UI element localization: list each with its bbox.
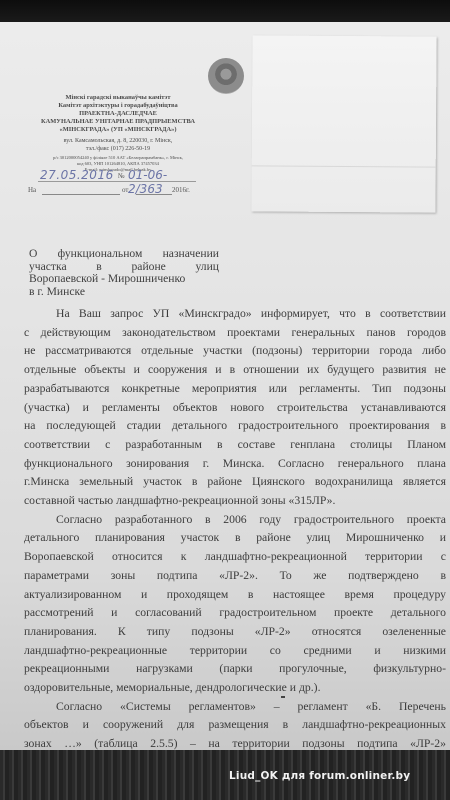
body-line: детального планирования участок в районе… [24,529,446,548]
body-line: отдельные объекты и сооружения и в отнош… [24,361,446,380]
letter-subject: О функциональном назначении участка в ра… [29,248,219,298]
letterhead-org-line: КАМУНАЛЬНАЕ УНІТАРНАЕ ПРАДПРЫЕМСТВА [28,118,208,126]
body-line: Воропаевской относится к ландшафтно-рекр… [24,548,446,567]
year-suffix: 2016г. [172,186,190,194]
body-line: (участка) и регламенты объектов нового с… [24,399,446,418]
letterhead-org-line: Камітэт архітэктуры і горадабудаўніцтва [28,102,208,110]
body-line: г.Минска земельный участок в районе Циян… [24,473,446,492]
na-label: На [28,186,36,194]
registration-date: 27.05.2016 [40,168,114,182]
body-line: параметрами зоны подтипа «ЛР-2». То же п… [24,567,446,586]
letterhead-phone: тэл./факс (017) 226-50-19 [28,145,208,153]
letterhead-org-line: ПРАЕКТНА-ДАСЛЕДЧАЕ [28,110,208,118]
letterhead-org-line: «МІНСКГРАДА» (УП «МІНСКГРАДА») [28,126,208,134]
body-line: разрабатываются конкретные мероприятия и… [24,380,446,399]
body-line: на последующей стадии детального градост… [24,417,446,436]
belarus-coat-of-arms-icon [208,58,244,94]
body-line: актуализированном и проходящем в настоящ… [24,586,446,605]
letterhead: Мінскі гарадскі выканаўчы камітэт Камітэ… [28,94,208,173]
blank-line [42,194,120,195]
body-line: функционального зонирования г. Минска. С… [24,455,446,474]
letter-body: На Ваш запрос УП «Минскградо» информируе… [24,305,446,754]
subject-line: Воропаевской - Мирошниченко [29,273,219,286]
letterhead-address: вул. Камсамольская, д. 8, 220030, г. Мін… [28,137,208,145]
sticky-note-fold [252,165,436,167]
body-line: ландшафтно-рекреационные территории со с… [24,642,446,661]
subject-line: О функциональном назначении [29,248,219,261]
body-line: объектов и сооружений для размещения в л… [24,716,446,735]
body-line: рекреационными нагрузками (парки прогуло… [24,660,446,679]
letterhead-org-line: Мінскі гарадскі выканаўчы камітэт [28,94,208,102]
body-line: рассмотрений и согласований градостроите… [24,604,446,623]
body-line: оздоровительные, мемориальные, дендролог… [24,679,446,698]
watermark: Liud_OK для forum.onliner.by [229,770,410,782]
body-line: Согласно «Системы регламентов» – регламе… [24,698,446,717]
body-line: соответствии с разработанным в составе г… [24,436,446,455]
blank-line [136,194,172,195]
sticky-note [251,35,436,212]
body-line: составной частью ландшафтно-рекреационно… [24,492,446,511]
registration-line: 27.05.2016 № 01-06-2/363 [38,168,198,184]
body-line: планирования. К типу подзоны «ЛР-2» отно… [24,623,446,642]
body-line: Согласно разработанного в 2006 году град… [24,511,446,530]
registration-underline [38,181,196,182]
reply-reference-line: На от 2016г. [28,186,198,198]
subject-line: в г. Минске [29,286,219,299]
ot-label: от [122,186,128,194]
body-line: не рассматриваются отдельные участки (по… [24,342,446,361]
body-line: с действующим законодательством проектам… [24,324,446,343]
page-continuation-mark [281,696,285,698]
registration-number-label: № [118,172,125,180]
body-line: На Ваш запрос УП «Минскградо» информируе… [24,305,446,324]
